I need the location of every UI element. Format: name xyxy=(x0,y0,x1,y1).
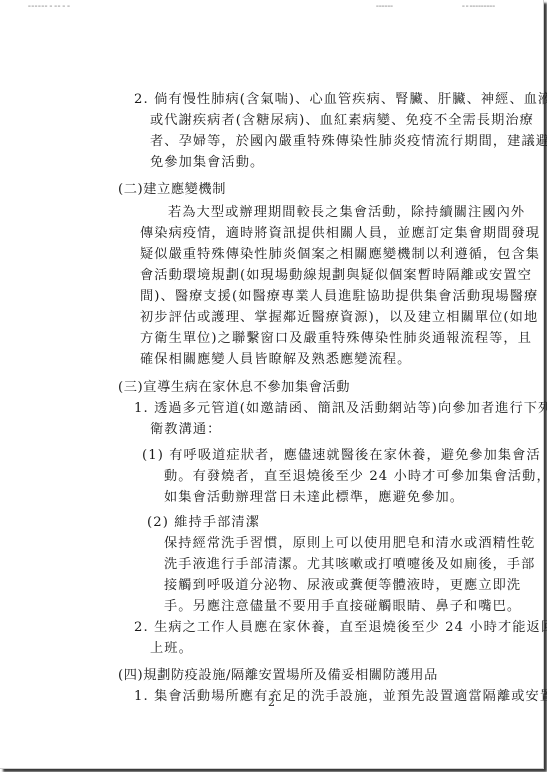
text-line: 如集會活動辦理當日未達此標準，應避免參加。 xyxy=(164,490,464,506)
text-line: 或代謝疾病者(含糖尿病)、血紅素病變、免疫不全需長期治療 xyxy=(150,113,534,129)
text-line: 保持經常洗手習慣，原則上可以使用肥皂和清水或酒精性乾 xyxy=(164,536,535,552)
section-heading: (四)規劃防疫設施/隔離安置場所及備妥相關防護用品 xyxy=(118,668,438,684)
text-line: 1. 透過多元管道(如邀請函、簡訊及活動網站等)向參加者進行下列 xyxy=(134,401,547,417)
text-line: 動。有發燒者，直至退燒後至少 24 小時才可參加集會活動， xyxy=(164,469,547,485)
text-line: 傳染病疫情，適時將資訊提供相關人員，並應訂定集會期間發現 xyxy=(140,226,540,242)
text-line: 會活動環境規劃(如現場動線規劃與疑似個案暫時隔離或安置空 xyxy=(140,268,532,284)
section-heading: (二)建立應變機制 xyxy=(118,182,226,198)
text-line: 初步評估或護理、掌握鄰近醫療資源)，以及建立相關單位(如地 xyxy=(140,310,538,326)
header-middle-text: ▬▬▬▬▬▬ xyxy=(376,4,393,8)
text-line: 手。另應注意儘量不要用手直接碰觸眼睛、鼻子和嘴巴。 xyxy=(164,599,521,615)
text-line: 者、孕婦等，於國內嚴重特殊傳染性肺炎疫情流行期間，建議避 xyxy=(150,134,547,150)
header-left-text: ▬▬▬▬▬▬ ▬ ▬▬ ▬ ▬ xyxy=(28,4,71,8)
text-line: (2) 維持手部清潔 xyxy=(147,515,260,531)
text-line: 2. 倘有慢性肺病(含氣喘)、心血管疾病、腎臟、肝臟、神經、血液 xyxy=(134,92,547,108)
text-line: 衛教溝通： xyxy=(150,422,221,438)
text-line: 2. 生病之工作人員應在家休養，直至退燒後至少 24 小時才能返回 xyxy=(134,620,547,636)
document-page: ▬▬▬▬▬▬ ▬ ▬▬ ▬ ▬ ▬▬▬▬▬▬ ▬ ▬ ▬▬▬▬▬▬▬▬▬ 2. … xyxy=(0,0,544,769)
text-line: 接觸到呼吸道分泌物、尿液或糞便等體液時，更應立即洗 xyxy=(164,578,521,594)
text-line: 上班。 xyxy=(150,641,193,657)
text-line: 間)、醫療支援(如醫療專業人員進駐協助提供集會活動現場醫療 xyxy=(140,289,538,305)
text-line: 疑似嚴重特殊傳染性肺炎個案之相關應變機制以利遵循，包含集 xyxy=(140,247,540,263)
text-line: 1. 集會活動場所應有充足的洗手設施，並預先設置適當隔離或安置 xyxy=(134,689,547,705)
page-number: 2 xyxy=(268,696,275,709)
text-line: 確保相關應變人員皆瞭解及熟悉應變流程。 xyxy=(140,352,411,368)
header-right-text: ▬ ▬ ▬▬▬▬▬▬▬▬▬ xyxy=(462,4,495,8)
text-line: (1) 有呼吸道症狀者，應儘速就醫後在家休養，避免參加集會活 xyxy=(142,448,541,464)
text-line: 若為大型或辦理期間較長之集會活動，除持續關注國內外 xyxy=(168,205,525,221)
text-line: 方衛生單位)之聯繫窗口及嚴重特殊傳染性肺炎通報流程等，且 xyxy=(140,331,532,347)
text-line: 免參加集會活動。 xyxy=(150,155,264,171)
section-heading: (三)宣導生病在家休息不參加集會活動 xyxy=(118,380,350,396)
text-line: 洗手液進行手部清潔。尤其咳嗽或打噴嚏後及如廁後，手部 xyxy=(164,557,535,573)
